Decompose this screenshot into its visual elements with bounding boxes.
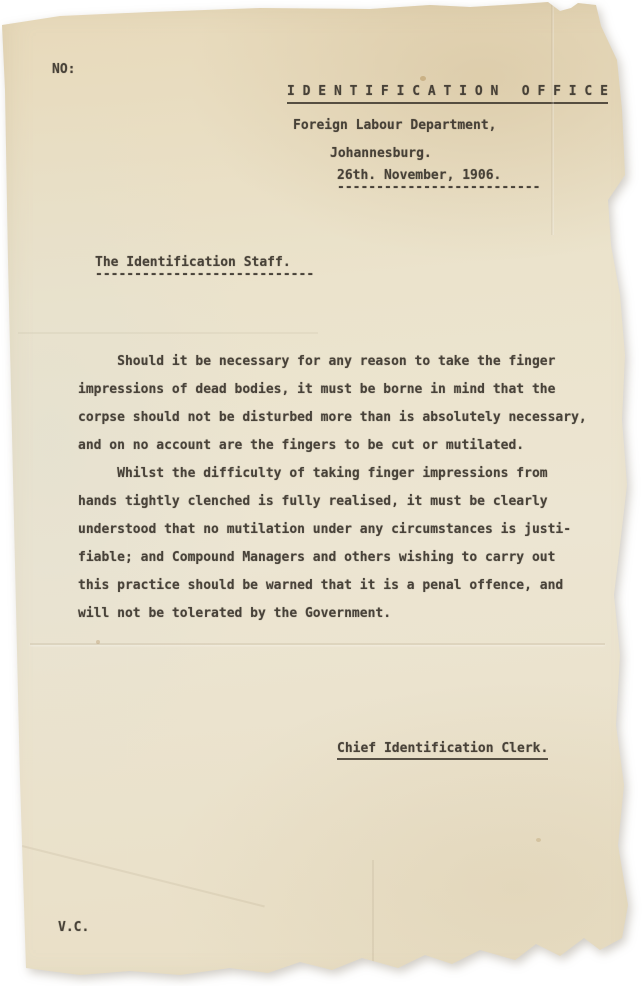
office-title-heading: I D E N T I F I C A T I O N O F F I C E [287, 84, 608, 104]
city-line: Johannesburg. [330, 146, 432, 161]
paper-crease [18, 332, 318, 334]
signature-title: Chief Identification Clerk. [337, 741, 548, 760]
memo-body-text: Should it be necessary for any reason to… [78, 348, 587, 628]
footer-initials: V.C. [58, 920, 89, 935]
addressee-underline-dashes: ---------------------------- [95, 267, 314, 282]
date-underline-dashes: -------------------------- [337, 180, 541, 195]
paper-crease [30, 643, 605, 645]
paper-crease [551, 0, 554, 235]
paper-shadow-wrapper: NO: I D E N T I F I C A T I O N O F F I … [0, 0, 644, 986]
paper-crease [22, 845, 265, 907]
scanned-document-page: NO: I D E N T I F I C A T I O N O F F I … [0, 0, 644, 986]
foxing-stain [96, 640, 100, 644]
foxing-stain [536, 838, 541, 842]
paper-crease [372, 860, 374, 980]
letter-paper: NO: I D E N T I F I C A T I O N O F F I … [0, 0, 644, 986]
foxing-stain [420, 76, 426, 81]
department-line: Foreign Labour Department, [293, 118, 497, 133]
reference-number-label: NO: [52, 62, 75, 77]
